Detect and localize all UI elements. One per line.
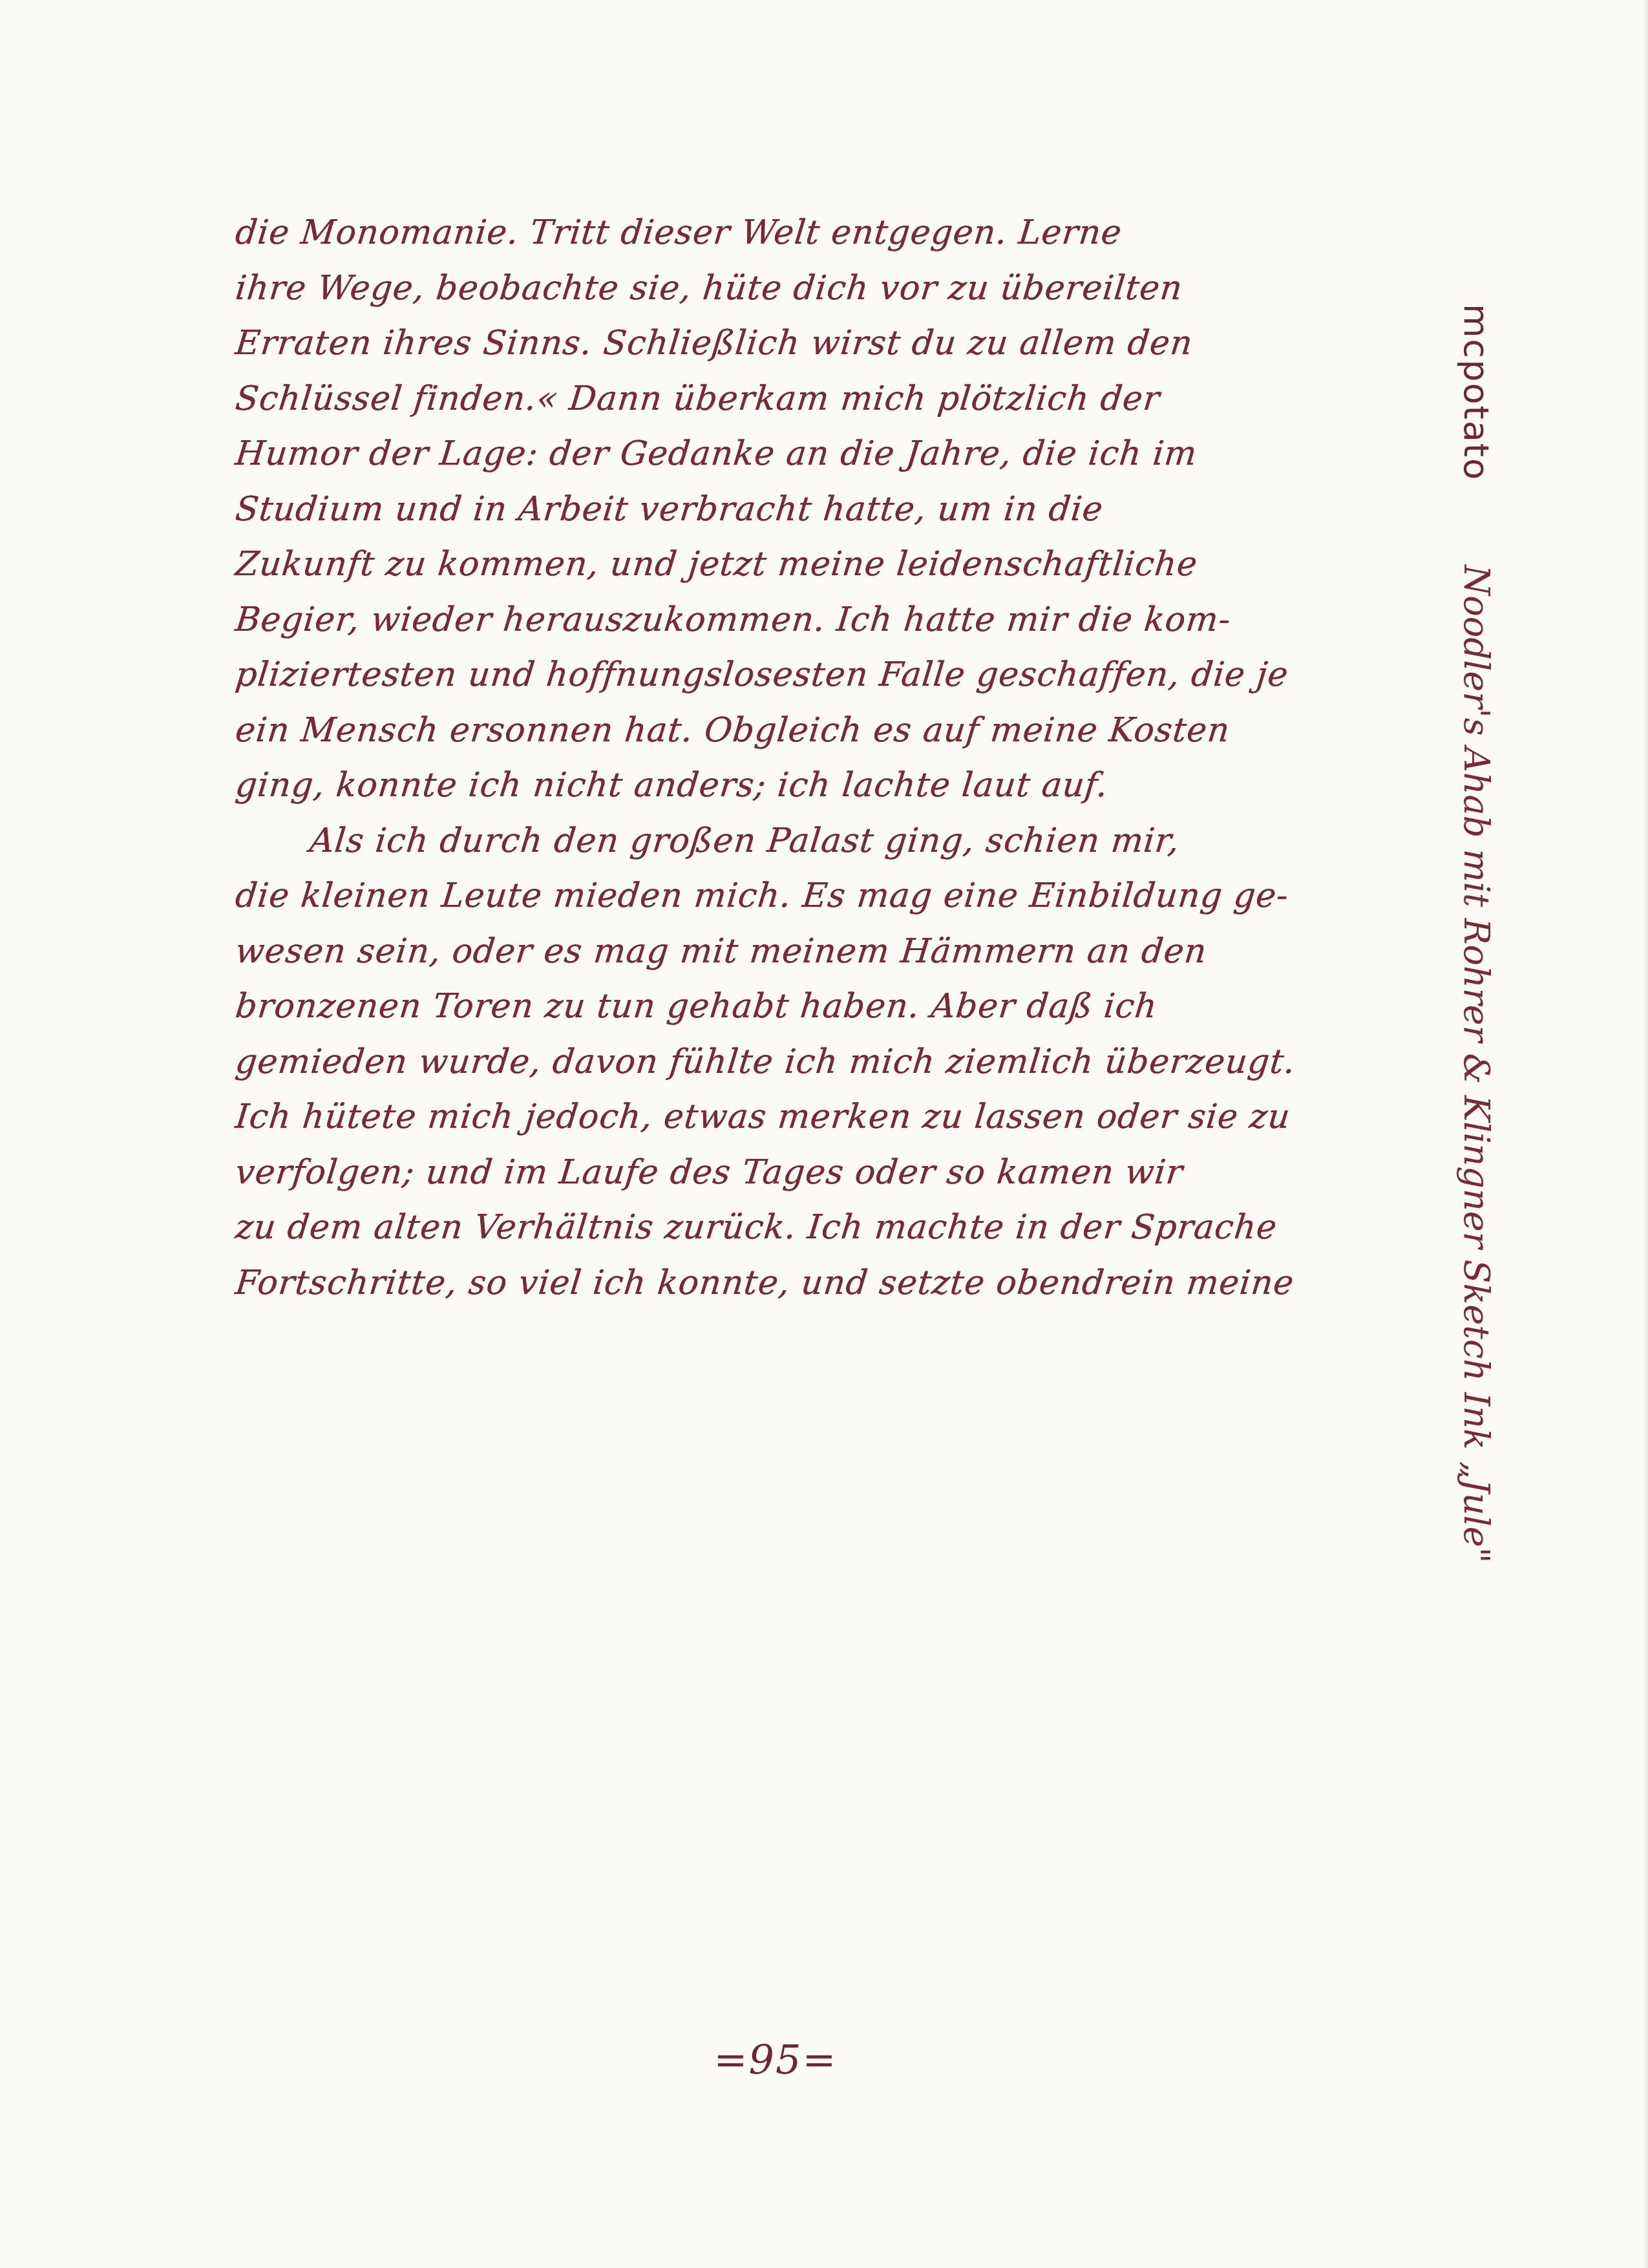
author-signature: mcpotato xyxy=(1457,304,1497,481)
manuscript-page: die Monomanie. Tritt dieser Welt entgege… xyxy=(0,0,1648,2268)
text-line: pliziertesten und hoffnungslosesten Fall… xyxy=(233,648,1402,703)
text-line: ein Mensch ersonnen hat. Obgleich es auf… xyxy=(233,703,1402,759)
text-line: ging, konnte ich nicht anders; ich lacht… xyxy=(233,758,1402,814)
text-line: verfolgen; und im Laufe des Tages oder s… xyxy=(233,1145,1402,1201)
text-line: Erraten ihres Sinns. Schließlich wirst d… xyxy=(233,316,1402,372)
text-line: wesen sein, oder es mag mit meinem Hämme… xyxy=(233,924,1402,980)
text-line: gemieden wurde, davon fühlte ich mich zi… xyxy=(233,1035,1402,1090)
margin-note-rotated: mcpotato Noodler's Ahab mit Rohrer & Kli… xyxy=(1451,304,1503,1564)
text-line: Fortschritte, so viel ich konnte, und se… xyxy=(233,1256,1402,1311)
text-line: Schlüssel finden.« Dann überkam mich plö… xyxy=(233,372,1402,427)
text-line: zu dem alten Verhältnis zurück. Ich mach… xyxy=(233,1200,1402,1256)
manuscript-body: die Monomanie. Tritt dieser Welt entgege… xyxy=(233,206,1396,1311)
ink-description: Noodler's Ahab mit Rohrer & Klingner Ske… xyxy=(1457,565,1497,1563)
text-line: die Monomanie. Tritt dieser Welt entgege… xyxy=(233,206,1402,261)
paragraph-start-line: Als ich durch den großen Palast ging, sc… xyxy=(233,814,1402,869)
margin-note: mcpotato Noodler's Ahab mit Rohrer & Kli… xyxy=(1451,304,1503,1564)
text-line: Humor der Lage: der Gedanke an die Jahre… xyxy=(233,427,1402,482)
text-line: Zukunft zu kommen, und jetzt meine leide… xyxy=(233,537,1402,593)
text-line: die kleinen Leute mieden mich. Es mag ei… xyxy=(233,869,1402,924)
text-line: ihre Wege, beobachte sie, hüte dich vor … xyxy=(233,261,1402,317)
text-line: Ich hütete mich jedoch, etwas merken zu … xyxy=(233,1090,1402,1145)
paper-edge xyxy=(1644,0,1648,2268)
text-line: Begier, wieder herauszukommen. Ich hatte… xyxy=(233,593,1402,648)
page-number: =95= xyxy=(711,2036,840,2083)
text-line: bronzenen Toren zu tun gehabt haben. Abe… xyxy=(233,979,1402,1035)
text-line: Studium und in Arbeit verbracht hatte, u… xyxy=(233,482,1402,538)
